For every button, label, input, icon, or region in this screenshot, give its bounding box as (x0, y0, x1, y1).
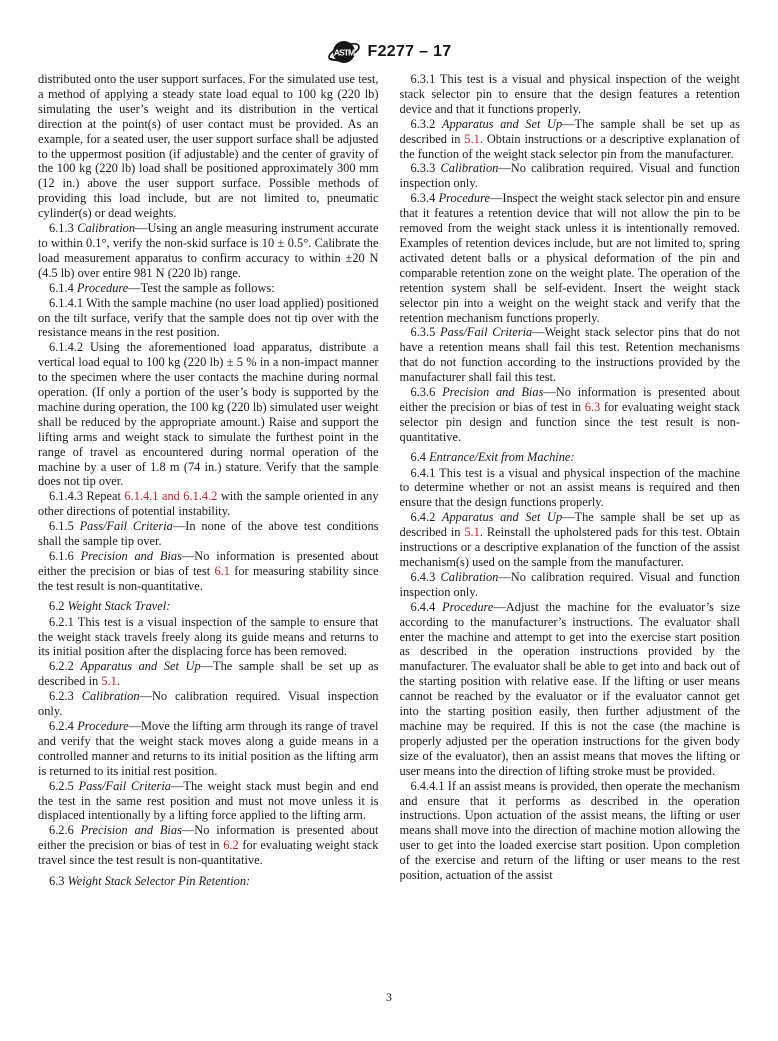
paragraph: distributed onto the user support surfac… (38, 72, 379, 221)
text-run: 6.4.1 This test is a visual and physical… (400, 466, 741, 510)
defined-term: Calibration (441, 161, 499, 175)
defined-term: Calibration (77, 221, 135, 235)
defined-term: Apparatus and Set Up (80, 659, 200, 673)
text-run: 6.1.4.3 Repeat (49, 489, 124, 503)
paragraph: 6.3.1 This test is a visual and physical… (400, 72, 741, 117)
paragraph: 6.4.3 Calibration—No calibration require… (400, 570, 741, 600)
text-run: 6.1.5 (49, 519, 80, 533)
standard-designation: F2277 – 17 (368, 43, 452, 61)
text-run: 6.3.6 (411, 385, 443, 399)
defined-term: Apparatus and Set Up (442, 510, 562, 524)
page-footer: 3 (0, 992, 778, 1004)
section-ref-link[interactable]: 5.1 (464, 132, 480, 146)
text-run: 6.2 (49, 599, 68, 613)
defined-term: Procedure (442, 600, 493, 614)
defined-term: Pass/Fail Criteria (79, 779, 171, 793)
defined-term: Weight Stack Selector Pin Retention: (68, 874, 251, 888)
document-page: ASTM F2277 – 17 distributed onto the use… (0, 0, 778, 1041)
paragraph: 6.3.4 Procedure—Inspect the weight stack… (400, 191, 741, 325)
defined-term: Pass/Fail Criteria (440, 325, 532, 339)
paragraph: 6.1.4 Procedure—Test the sample as follo… (38, 281, 379, 296)
paragraph: 6.2.5 Pass/Fail Criteria—The weight stac… (38, 779, 379, 824)
defined-term: Procedure (77, 719, 128, 733)
text-run: distributed onto the user support surfac… (38, 72, 379, 220)
paragraph: 6.1.5 Pass/Fail Criteria—In none of the … (38, 519, 379, 549)
left-column: distributed onto the user support surfac… (38, 72, 379, 889)
paragraph: 6.3.5 Pass/Fail Criteria—Weight stack se… (400, 325, 741, 385)
paragraph: 6.2.6 Precision and Bias—No information … (38, 823, 379, 868)
defined-term: Apparatus and Set Up (442, 117, 562, 131)
section-ref-link[interactable]: 6.3 (585, 400, 601, 414)
text-run: 6.1.4.2 Using the aforementioned load ap… (38, 340, 379, 488)
text-run: 6.4.3 (411, 570, 441, 584)
text-run: 6.2.4 (49, 719, 77, 733)
section-heading: 6.3 Weight Stack Selector Pin Retention: (38, 874, 379, 889)
defined-term: Precision and Bias (442, 385, 543, 399)
text-run: —Inspect the weight stack selector pin a… (400, 191, 741, 324)
paragraph: 6.4.1 This test is a visual and physical… (400, 466, 741, 511)
defined-term: Precision and Bias (81, 823, 182, 837)
text-run: 6.2.5 (49, 779, 79, 793)
svg-text:ASTM: ASTM (333, 47, 354, 57)
text-run: 6.3.4 (411, 191, 439, 205)
defined-term: Entrance/Exit from Machine: (429, 450, 574, 464)
paragraph: 6.2.1 This test is a visual inspection o… (38, 615, 379, 660)
defined-term: Procedure (77, 281, 128, 295)
text-run: 6.3.3 (411, 161, 441, 175)
text-run: . (117, 674, 120, 688)
paragraph: 6.1.6 Precision and Bias—No information … (38, 549, 379, 594)
section-ref-link[interactable]: 6.1 (214, 564, 230, 578)
defined-term: Procedure (439, 191, 490, 205)
text-run: 6.2.3 (49, 689, 82, 703)
defined-term: Weight Stack Travel: (68, 599, 171, 613)
text-run: 6.4.4.1 If an assist means is provided, … (400, 779, 741, 882)
text-run: —Adjust the machine for the evaluator’s … (400, 600, 741, 778)
paragraph: 6.4.2 Apparatus and Set Up—The sample sh… (400, 510, 741, 570)
paragraph: 6.3.3 Calibration—No calibration require… (400, 161, 741, 191)
page-header: ASTM F2277 – 17 (0, 36, 778, 68)
text-run: 6.3.2 (411, 117, 442, 131)
text-run: 6.1.6 (49, 549, 81, 563)
section-ref-link[interactable]: 5.1 (464, 525, 480, 539)
paragraph: 6.4.4 Procedure—Adjust the machine for t… (400, 600, 741, 779)
paragraph: 6.2.4 Procedure—Move the lifting arm thr… (38, 719, 379, 779)
paragraph: 6.1.3 Calibration—Using an angle measuri… (38, 221, 379, 281)
text-run: 6.4.2 (411, 510, 442, 524)
defined-term: Calibration (82, 689, 140, 703)
page-number: 3 (386, 992, 392, 1004)
section-heading: 6.4 Entrance/Exit from Machine: (400, 450, 741, 465)
paragraph: 6.3.2 Apparatus and Set Up—The sample sh… (400, 117, 741, 162)
section-ref-link[interactable]: 6.1.4.1 and 6.1.4.2 (124, 489, 217, 503)
paragraph: 6.1.4.2 Using the aforementioned load ap… (38, 340, 379, 489)
text-run: 6.1.3 (49, 221, 77, 235)
text-run: 6.1.4 (49, 281, 77, 295)
text-run: 6.1.4.1 With the sample machine (no user… (38, 296, 379, 340)
section-ref-link[interactable]: 6.2 (223, 838, 239, 852)
text-run: 6.3 (49, 874, 68, 888)
defined-term: Calibration (441, 570, 499, 584)
right-column: 6.3.1 This test is a visual and physical… (400, 72, 741, 889)
two-column-body: distributed onto the user support surfac… (38, 72, 740, 889)
text-run: 6.2.6 (49, 823, 81, 837)
text-run: 6.3.1 This test is a visual and physical… (400, 72, 741, 116)
paragraph: 6.1.4.1 With the sample machine (no user… (38, 296, 379, 341)
section-heading: 6.2 Weight Stack Travel: (38, 599, 379, 614)
paragraph: 6.1.4.3 Repeat 6.1.4.1 and 6.1.4.2 with … (38, 489, 379, 519)
text-run: 6.4 (411, 450, 430, 464)
text-run: 6.4.4 (411, 600, 443, 614)
paragraph: 6.3.6 Precision and Bias—No information … (400, 385, 741, 445)
text-run: 6.2.1 This test is a visual inspection o… (38, 615, 379, 659)
section-ref-link[interactable]: 5.1 (101, 674, 117, 688)
astm-logo-icon: ASTM (327, 36, 361, 68)
paragraph: 6.4.4.1 If an assist means is provided, … (400, 779, 741, 883)
text-run: 6.2.2 (49, 659, 80, 673)
defined-term: Pass/Fail Criteria (80, 519, 173, 533)
paragraph: 6.2.2 Apparatus and Set Up—The sample sh… (38, 659, 379, 689)
defined-term: Precision and Bias (81, 549, 182, 563)
text-run: —Test the sample as follows: (128, 281, 274, 295)
text-run: 6.3.5 (411, 325, 441, 339)
paragraph: 6.2.3 Calibration—No calibration require… (38, 689, 379, 719)
